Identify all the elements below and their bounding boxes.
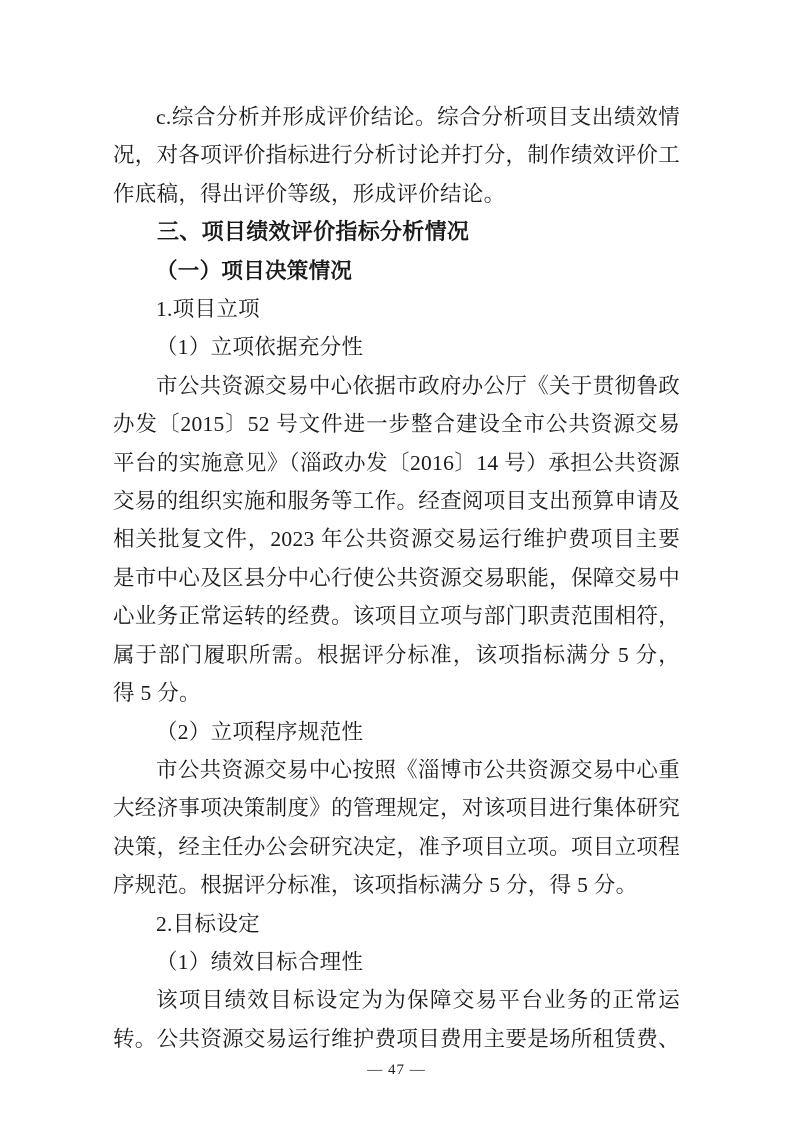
item-heading-goal-setting: 2.目标设定: [113, 905, 680, 943]
document-body: c.综合分析并形成评价结论。综合分析项目支出绩效情况，对各项评价指标进行分析讨论…: [113, 98, 680, 1058]
document-page: c.综合分析并形成评价结论。综合分析项目支出绩效情况，对各项评价指标进行分析讨论…: [0, 0, 793, 1122]
item-heading-project-initiation: 1.项目立项: [113, 290, 680, 328]
paragraph-procedure-compliance: 市公共资源交易中心按照《淄博市公共资源交易中心重大经济事项决策制度》的管理规定，…: [113, 751, 680, 905]
paragraph-goal-rationality: 该项目绩效目标设定为为保障交易平台业务的正常运转。公共资源交易运行维护费项目费用…: [113, 981, 680, 1058]
item-heading-procedure-compliance: （2）立项程序规范性: [113, 713, 680, 751]
paragraph-conclusion-c: c.综合分析并形成评价结论。综合分析项目支出绩效情况，对各项评价指标进行分析讨论…: [113, 98, 680, 213]
subsection-heading-1: （一）项目决策情况: [113, 252, 680, 290]
paragraph-basis-sufficiency: 市公共资源交易中心依据市政府办公厅《关于贯彻鲁政办发〔2015〕52 号文件进一…: [113, 367, 680, 713]
item-heading-basis-sufficiency: （1）立项依据充分性: [113, 328, 680, 366]
page-number: — 47 —: [0, 1062, 793, 1079]
section-heading-3: 三、项目绩效评价指标分析情况: [113, 213, 680, 251]
item-heading-goal-rationality: （1）绩效目标合理性: [113, 943, 680, 981]
